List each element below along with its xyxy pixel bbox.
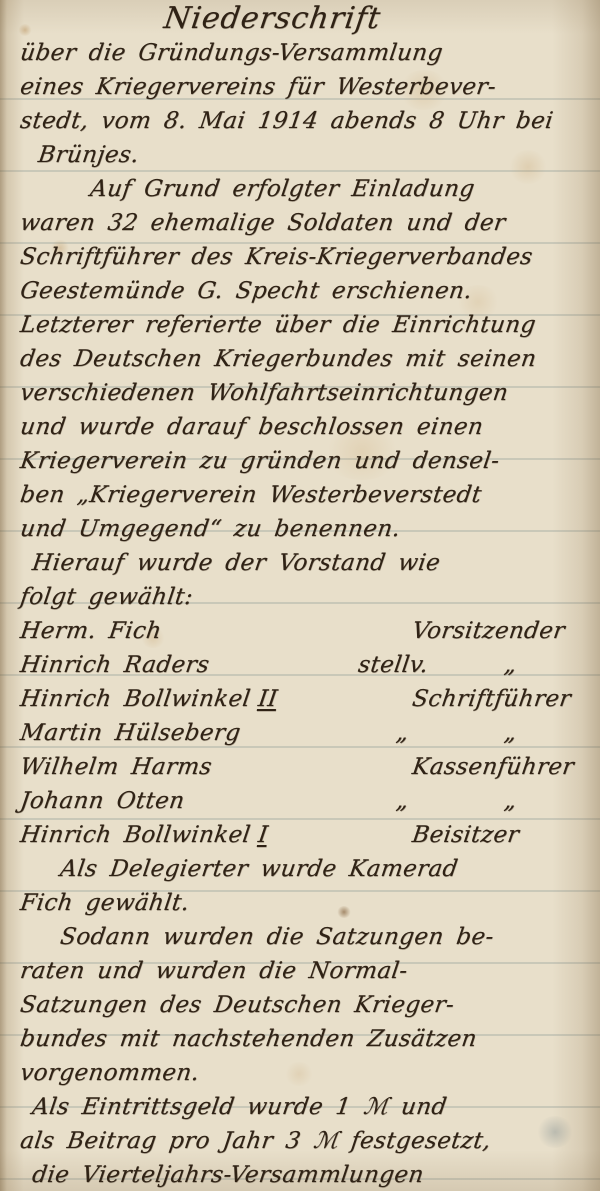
officer-row: Herm. Fich Vorsitzender [0, 614, 600, 648]
body-line: Als Eintrittsgeld wurde 1 ℳ und [0, 1090, 600, 1124]
body-line: Kriegerverein zu gründen und densel- [0, 444, 600, 478]
intro-line: Brünjes. [0, 138, 600, 172]
body-line: Geestemünde G. Specht erschienen. [0, 274, 600, 308]
page-title: Niederschrift [0, 2, 600, 36]
ditto-mark: „ [502, 648, 519, 682]
officer-role: Vorsitzender [410, 614, 567, 648]
body-line: Auf Grund erfolgter Einladung [0, 172, 600, 206]
officer-role: Kassenführer [410, 750, 576, 784]
body-line: die Vierteljahrs-Versammlungen [0, 1158, 600, 1191]
body-line: Hierauf wurde der Vorstand wie [0, 546, 600, 580]
officer-row: Hinrich BollwinkelI Beisitzer [0, 818, 600, 852]
body-line: Schriftführer des Kreis-Kriegerverbandes [0, 240, 600, 274]
manuscript-page: Niederschrift über die Gründungs-Versamm… [0, 0, 600, 1191]
body-line: ben „Kriegerverein Westerbeverstedt [0, 478, 600, 512]
officer-row: Wilhelm Harms Kassenführer [0, 750, 600, 784]
officer-name: Johann Otten [19, 788, 195, 814]
ditto-mark: „ [394, 716, 411, 750]
body-line: und Umgegend“ zu benennen. [0, 512, 600, 546]
intro-line: eines Kriegervereins für Westerbever- [0, 70, 600, 104]
body-line: folgt gewählt: [0, 580, 600, 614]
officer-role-qualifier: stellv. [356, 648, 431, 682]
body-line: des Deutschen Kriegerbundes mit seinen [0, 342, 600, 376]
officer-row: Johann Otten „ „ [0, 784, 600, 818]
officer-name: Hinrich BollwinkelI [19, 822, 270, 848]
officer-name: Martin Hülseberg [19, 720, 251, 746]
body-line: raten und wurden die Normal- [0, 954, 600, 988]
ditto-mark: „ [502, 716, 519, 750]
officer-role: Beisitzer [410, 818, 521, 852]
officer-name: Herm. Fich [19, 618, 172, 644]
body-line: Letzterer referierte über die Einrichtun… [0, 308, 600, 342]
body-line: vorgenommen. [0, 1056, 600, 1090]
body-line: bundes mit nachstehenden Zusätzen [0, 1022, 600, 1056]
body-line: Sodann wurden die Satzungen be- [0, 920, 600, 954]
body-line: waren 32 ehemalige Soldaten und der [0, 206, 600, 240]
handwritten-text: Niederschrift über die Gründungs-Versamm… [0, 2, 600, 1191]
officer-name: Hinrich BollwinkelII [19, 686, 280, 712]
officer-name: Wilhelm Harms [19, 754, 222, 780]
officer-name: Hinrich Raders [19, 652, 220, 678]
body-line: verschiedenen Wohlfahrtseinrichtungen [0, 376, 600, 410]
officer-row: Hinrich Raders stellv. „ [0, 648, 600, 682]
ditto-mark: „ [502, 784, 519, 818]
officer-row: Hinrich BollwinkelII Schriftführer [0, 682, 600, 716]
officer-role: Schriftführer [410, 682, 573, 716]
ditto-mark: „ [394, 784, 411, 818]
body-line: Als Delegierter wurde Kamerad [0, 852, 600, 886]
officer-row: Martin Hülseberg „ „ [0, 716, 600, 750]
intro-line: über die Gründungs-Versammlung [0, 36, 600, 70]
body-line: Satzungen des Deutschen Krieger- [0, 988, 600, 1022]
body-line: Fich gewählt. [0, 886, 600, 920]
body-line: als Beitrag pro Jahr 3 ℳ festgesetzt, [0, 1124, 600, 1158]
body-line: und wurde darauf beschlossen einen [0, 410, 600, 444]
intro-line: stedt, vom 8. Mai 1914 abends 8 Uhr bei [0, 104, 600, 138]
